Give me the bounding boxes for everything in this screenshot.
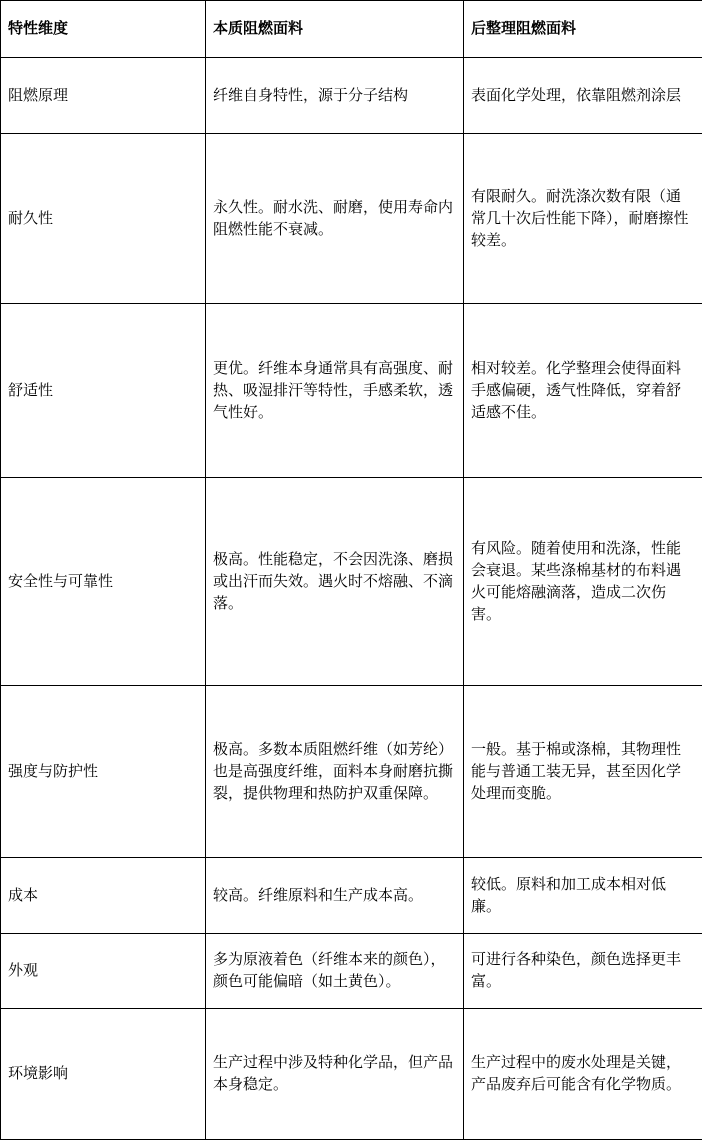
table-row: 阻燃原理 纤维自身特性，源于分子结构 表面化学处理，依靠阻燃剂涂层 [1,58,702,134]
cell-inherent: 永久性。耐水洗、耐磨，使用寿命内阻燃性能不衰减。 [206,134,464,304]
table-body: 阻燃原理 纤维自身特性，源于分子结构 表面化学处理，依靠阻燃剂涂层 耐久性 永久… [1,58,702,1140]
cell-inherent: 生产过程中涉及特种化学品，但产品本身稳定。 [206,1009,464,1140]
row-label: 强度与防护性 [1,686,206,858]
cell-finished: 生产过程中的废水处理是关键，产品废弃后可能含有化学物质。 [464,1009,702,1140]
table-row: 环境影响 生产过程中涉及特种化学品，但产品本身稳定。 生产过程中的废水处理是关键… [1,1009,702,1140]
cell-finished: 较低。原料和加工成本相对低廉。 [464,858,702,934]
cell-inherent: 极高。多数本质阻燃纤维（如芳纶）也是高强度纤维，面料本身耐磨抗撕裂，提供物理和热… [206,686,464,858]
column-header-finished: 后整理阻燃面料 [464,1,702,58]
table-row: 外观 多为原液着色（纤维本来的颜色），颜色可能偏暗（如土黄色）。 可进行各种染色… [1,934,702,1009]
cell-finished: 有限耐久。耐洗涤次数有限（通常几十次后性能下降），耐磨擦性较差。 [464,134,702,304]
row-label: 安全性与可靠性 [1,478,206,686]
row-label: 成本 [1,858,206,934]
cell-finished: 有风险。随着使用和洗涤，性能会衰退。某些涤棉基材的布料遇火可能熔融滴落，造成二次… [464,478,702,686]
row-label: 环境影响 [1,1009,206,1140]
table-row: 舒适性 更优。纤维本身通常具有高强度、耐热、吸湿排汗等特性，手感柔软，透气性好。… [1,304,702,478]
table-row: 安全性与可靠性 极高。性能稳定，不会因洗涤、磨损或出汗而失效。遇火时不熔融、不滴… [1,478,702,686]
cell-finished: 一般。基于棉或涤棉，其物理性能与普通工装无异，甚至因化学处理而变脆。 [464,686,702,858]
cell-finished: 可进行各种染色，颜色选择更丰富。 [464,934,702,1009]
cell-inherent: 纤维自身特性，源于分子结构 [206,58,464,134]
cell-finished: 相对较差。化学整理会使得面料手感偏硬，透气性降低，穿着舒适感不佳。 [464,304,702,478]
table-row: 成本 较高。纤维原料和生产成本高。 较低。原料和加工成本相对低廉。 [1,858,702,934]
cell-finished: 表面化学处理，依靠阻燃剂涂层 [464,58,702,134]
column-header-inherent: 本质阻燃面料 [206,1,464,58]
cell-inherent: 多为原液着色（纤维本来的颜色），颜色可能偏暗（如土黄色）。 [206,934,464,1009]
row-label: 耐久性 [1,134,206,304]
cell-inherent: 更优。纤维本身通常具有高强度、耐热、吸湿排汗等特性，手感柔软，透气性好。 [206,304,464,478]
column-header-dimension: 特性维度 [1,1,206,58]
cell-inherent: 极高。性能稳定，不会因洗涤、磨损或出汗而失效。遇火时不熔融、不滴落。 [206,478,464,686]
row-label: 舒适性 [1,304,206,478]
row-label: 阻燃原理 [1,58,206,134]
table-row: 耐久性 永久性。耐水洗、耐磨，使用寿命内阻燃性能不衰减。 有限耐久。耐洗涤次数有… [1,134,702,304]
table-header: 特性维度 本质阻燃面料 后整理阻燃面料 [1,1,702,58]
comparison-table: 特性维度 本质阻燃面料 后整理阻燃面料 阻燃原理 纤维自身特性，源于分子结构 表… [0,0,702,1140]
table-row: 强度与防护性 极高。多数本质阻燃纤维（如芳纶）也是高强度纤维，面料本身耐磨抗撕裂… [1,686,702,858]
row-label: 外观 [1,934,206,1009]
header-row: 特性维度 本质阻燃面料 后整理阻燃面料 [1,1,702,58]
cell-inherent: 较高。纤维原料和生产成本高。 [206,858,464,934]
